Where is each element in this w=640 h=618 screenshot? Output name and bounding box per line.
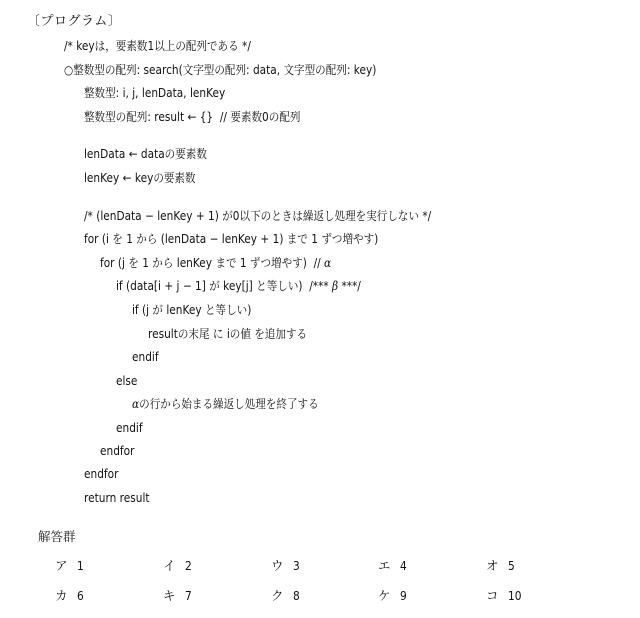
code-line-for-j-alpha: for (j を 1 から lenKey まで 1 ずつ増やす) // α — [100, 253, 331, 273]
code-line-result-declaration: 整数型の配列: result ← {} // 要素数0の配列 — [84, 107, 300, 127]
answer-option-o: オ5 — [486, 556, 516, 576]
code-line-endif-outer: endif — [116, 418, 143, 438]
answer-option-ku: ク8 — [271, 586, 301, 606]
code-line-endfor-j: endfor — [100, 441, 134, 461]
code-line-function-signature: ○整数型の配列: search(文字型の配列: data, 文字型の配列: ke… — [64, 60, 376, 80]
code-line-lenkey-assign: lenKey ← keyの要素数 — [84, 168, 196, 188]
answer-option-e: エ4 — [378, 556, 408, 576]
code-line-comment-key: /* keyは，要素数1以上の配列である */ — [64, 36, 251, 56]
code-line-loop-comment: /* (lenData − lenKey + 1) が0以下のときは繰返し処理を… — [84, 206, 431, 226]
answer-option-ka: カ6 — [55, 586, 85, 606]
code-line-if-j-equals: if (j が lenKey と等しい) — [132, 300, 251, 320]
answer-option-i: イ2 — [163, 556, 193, 576]
code-line-int-declarations: 整数型: i, j, lenData, lenKey — [84, 83, 225, 103]
code-line-lendata-assign: lenData ← dataの要素数 — [84, 144, 207, 164]
program-heading: 〔プログラム〕 — [27, 12, 121, 32]
code-line-return: return result — [84, 488, 150, 508]
answer-option-ki: キ7 — [163, 586, 193, 606]
answer-option-ko: コ10 — [486, 586, 524, 606]
code-line-endif-inner: endif — [132, 347, 159, 367]
code-line-break-alpha: αの行から始まる繰返し処理を終了する — [132, 394, 319, 414]
answer-option-u: ウ3 — [271, 556, 301, 576]
answer-group-title: 解答群 — [38, 527, 76, 547]
code-line-else: else — [116, 371, 137, 391]
code-line-append-result: resultの末尾 に iの値 を追加する — [148, 324, 307, 344]
code-line-for-i: for (i を 1 から (lenData − lenKey + 1) まで … — [84, 229, 378, 249]
answer-option-ke: ケ9 — [378, 586, 408, 606]
exam-program-page: 〔プログラム〕 /* keyは，要素数1以上の配列である */ ○整数型の配列:… — [0, 0, 640, 618]
code-line-if-beta: if (data[i + j − 1] が key[j] と等しい) /*** … — [116, 276, 361, 296]
answer-option-a: ア1 — [55, 556, 85, 576]
code-line-endfor-i: endfor — [84, 464, 118, 484]
alpha-label: α — [324, 256, 331, 270]
